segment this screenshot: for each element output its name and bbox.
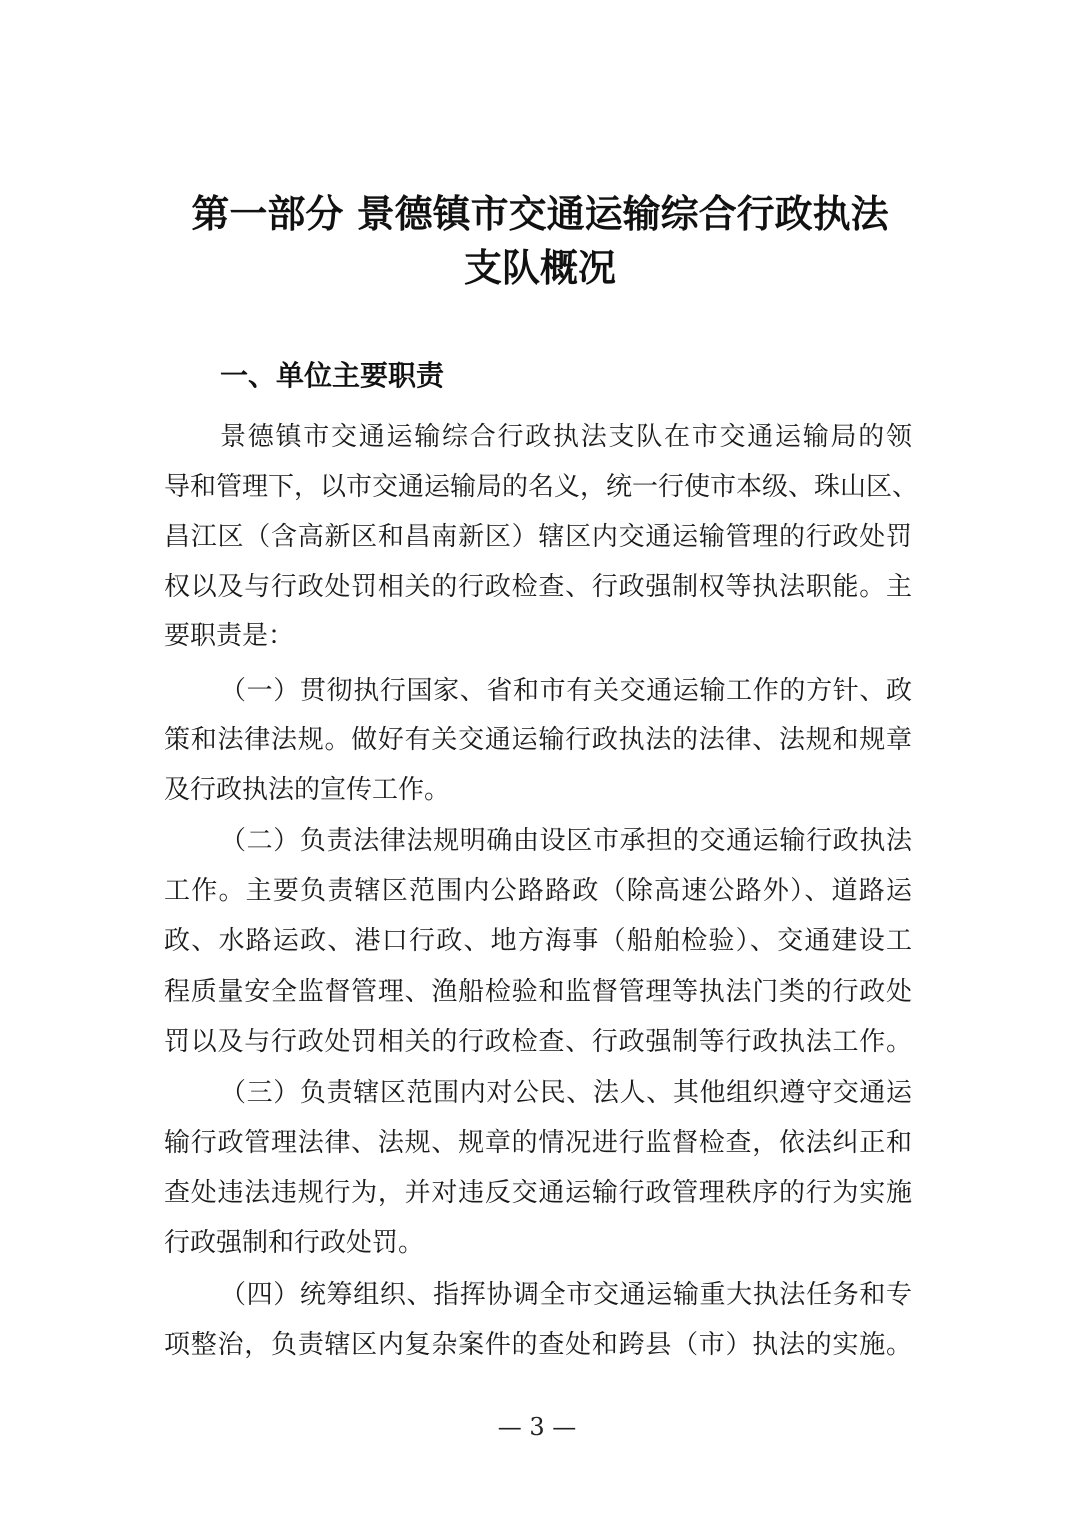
paragraph-line: （四）统筹组织、指挥协调全市交通运输重大执法任务和专 [220, 1278, 912, 1312]
paragraph-line: 程质量安全监督管理、渔船检验和监督管理等执法门类的行政处 [164, 975, 912, 1009]
page-number: — 3 — [0, 1412, 1074, 1442]
paragraph-line: 导和管理下，以市交通运输局的名义，统一行使市本级、珠山区、 [164, 470, 912, 504]
paragraph-line: 景德镇市交通运输综合行政执法支队在市交通运输局的领 [220, 420, 912, 454]
paragraph-line: （二）负责法律法规明确由设区市承担的交通运输行政执法 [220, 824, 912, 858]
paragraph-line: 项整治，负责辖区内复杂案件的查处和跨县（市）执法的实施。 [164, 1328, 912, 1362]
paragraph-line: （一）贯彻执行国家、省和市有关交通运输工作的方针、政 [220, 674, 912, 708]
paragraph-line: 要职责是： [164, 619, 912, 653]
page-title-line-1: 第一部分 景德镇市交通运输综合行政执法 [160, 195, 920, 233]
paragraph-line: 罚以及与行政处罚相关的行政检查、行政强制等行政执法工作。 [164, 1025, 912, 1059]
paragraph-line: 昌江区（含高新区和昌南新区）辖区内交通运输管理的行政处罚 [164, 520, 912, 554]
document-page: 第一部分 景德镇市交通运输综合行政执法 支队概况 一、单位主要职责 景德镇市交通… [0, 0, 1074, 1520]
paragraph-line: 输行政管理法律、法规、规章的情况进行监督检查，依法纠正和 [164, 1126, 912, 1160]
paragraph-line: 行政强制和行政处罚。 [164, 1226, 912, 1260]
paragraph-line: （三）负责辖区范围内对公民、法人、其他组织遵守交通运 [220, 1076, 912, 1110]
paragraph-line: 及行政执法的宣传工作。 [164, 773, 912, 807]
paragraph-line: 政、水路运政、港口行政、地方海事（船舶检验）、交通建设工 [164, 924, 912, 958]
paragraph-line: 权以及与行政处罚相关的行政检查、行政强制权等执法职能。主 [164, 570, 912, 604]
paragraph-line: 策和法律法规。做好有关交通运输行政执法的法律、法规和规章 [164, 723, 912, 757]
page-title-line-2: 支队概况 [160, 249, 920, 287]
paragraph-line: 工作。主要负责辖区范围内公路路政（除高速公路外）、道路运 [164, 874, 912, 908]
section-heading: 一、单位主要职责 [220, 359, 444, 393]
paragraph-line: 查处违法违规行为，并对违反交通运输行政管理秩序的行为实施 [164, 1176, 912, 1210]
